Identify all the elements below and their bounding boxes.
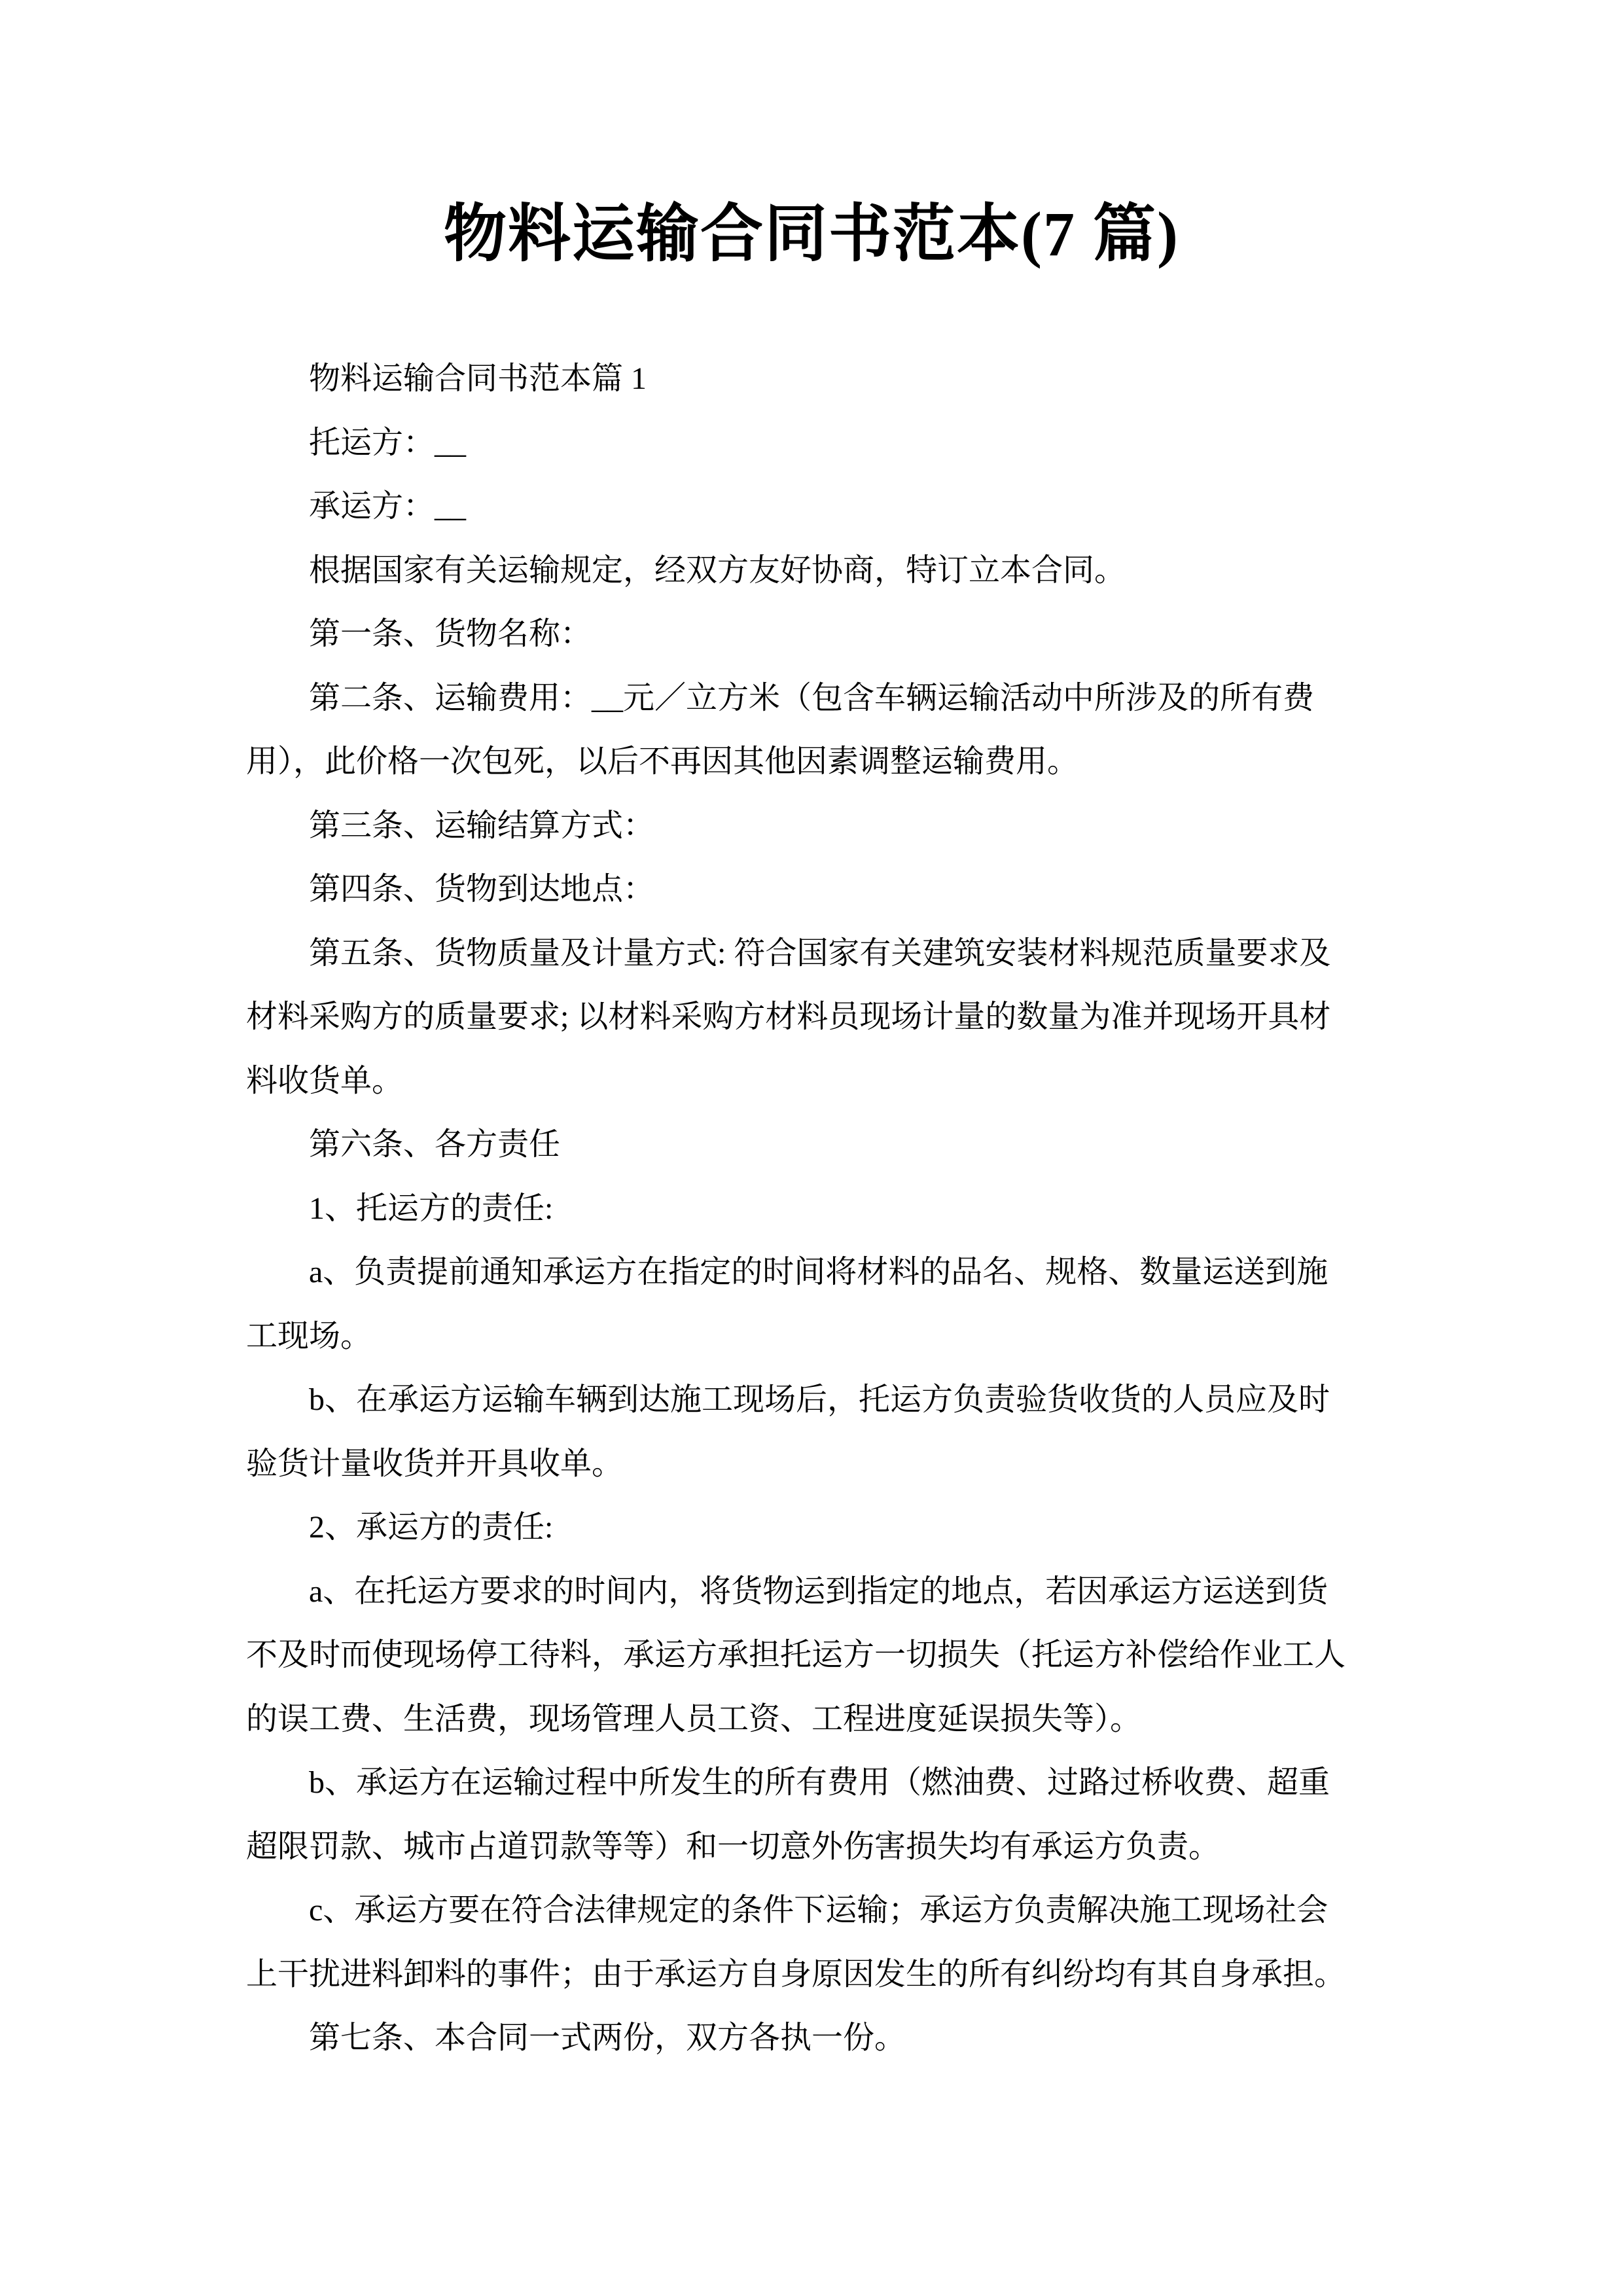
contract-line: 第二条、运输费用：__元／立方米（包含车辆运输活动中所涉及的所有费 <box>246 666 1382 730</box>
document-page: 物料运输合同书范本(7 篇) 物料运输合同书范本篇 1托运方：__承运方：__根… <box>0 0 1623 2296</box>
document-title: 物料运输合同书范本(7 篇) <box>0 191 1623 278</box>
contract-line: 第一条、货物名称： <box>246 602 1382 666</box>
contract-line: 托运方：__ <box>246 411 1382 475</box>
contract-line: 承运方：__ <box>246 475 1382 539</box>
contract-line: 第四条、货物到达地点： <box>246 857 1382 922</box>
contract-line: 用），此价格一次包死，以后不再因其他因素调整运输费用。 <box>246 730 1382 794</box>
contract-line: 材料采购方的质量要求; 以材料采购方材料员现场计量的数量为准并现场开具材 <box>246 985 1382 1049</box>
contract-line: 物料运输合同书范本篇 1 <box>246 347 1382 411</box>
contract-line: 工现场。 <box>246 1304 1382 1369</box>
contract-line: 超限罚款、城市占道罚款等等）和一切意外伤害损失均有承运方负责。 <box>246 1815 1382 1879</box>
contract-line: a、负责提前通知承运方在指定的时间将材料的品名、规格、数量运送到施 <box>246 1240 1382 1304</box>
contract-line: 第六条、各方责任 <box>246 1113 1382 1177</box>
contract-line: 料收货单。 <box>246 1049 1382 1113</box>
contract-line: 不及时而使现场停工待料，承运方承担托运方一切损失（托运方补偿给作业工人 <box>246 1623 1382 1687</box>
contract-line: 第七条、本合同一式两份，双方各执一份。 <box>246 2006 1382 2070</box>
contract-line: 第三条、运输结算方式： <box>246 794 1382 858</box>
contract-line: c、承运方要在符合法律规定的条件下运输；承运方负责解决施工现场社会 <box>246 1878 1382 1943</box>
contract-line: 的误工费、生活费，现场管理人员工资、工程进度延误损失等）。 <box>246 1687 1382 1751</box>
contract-line: 第五条、货物质量及计量方式: 符合国家有关建筑安装材料规范质量要求及 <box>246 922 1382 986</box>
contract-line: b、承运方在运输过程中所发生的所有费用（燃油费、过路过桥收费、超重 <box>246 1751 1382 1815</box>
contract-line: 验货计量收货并开具收单。 <box>246 1432 1382 1496</box>
document-body: 物料运输合同书范本篇 1托运方：__承运方：__根据国家有关运输规定，经双方友好… <box>246 347 1382 2070</box>
contract-line: 上干扰进料卸料的事件；由于承运方自身原因发生的所有纠纷均有其自身承担。 <box>246 1943 1382 2007</box>
contract-line: b、在承运方运输车辆到达施工现场后，托运方负责验货收货的人员应及时 <box>246 1368 1382 1432</box>
contract-line: 1、托运方的责任: <box>246 1177 1382 1241</box>
contract-line: a、在托运方要求的时间内，将货物运到指定的地点，若因承运方运送到货 <box>246 1560 1382 1624</box>
contract-line: 2、承运方的责任: <box>246 1496 1382 1560</box>
contract-line: 根据国家有关运输规定，经双方友好协商，特订立本合同。 <box>246 539 1382 603</box>
